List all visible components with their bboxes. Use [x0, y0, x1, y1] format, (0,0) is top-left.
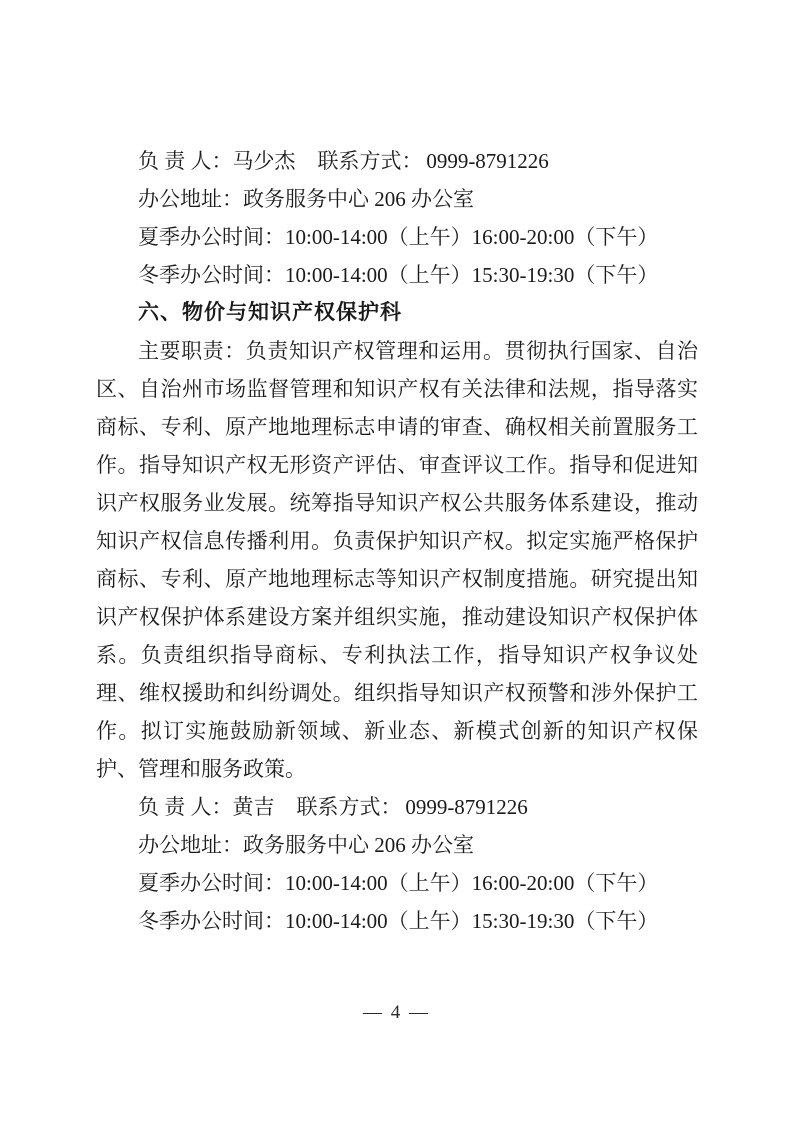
office-address-line: 办公地址：政务服务中心 206 办公室 [96, 826, 698, 864]
responsible-person-label: 负 责 人： [138, 149, 233, 173]
office-address-label: 办公地址： [138, 187, 243, 211]
phone-number: 0999-8791226 [426, 149, 549, 173]
summer-hours-label: 夏季办公时间： [138, 225, 285, 249]
office-address-label: 办公地址： [138, 833, 243, 857]
winter-hours-value: 10:00-14:00（上午）15:30-19:30（下午） [285, 909, 658, 933]
responsible-person-line: 负 责 人：黄吉联系方式：0999-8791226 [96, 788, 698, 826]
winter-hours-line: 冬季办公时间：10:00-14:00（上午）15:30-19:30（下午） [96, 256, 698, 294]
summer-hours-value: 10:00-14:00（上午）16:00-20:00（下午） [285, 871, 658, 895]
contact-method-label: 联系方式： [318, 149, 423, 173]
office-address-line: 办公地址：政务服务中心 206 办公室 [96, 180, 698, 218]
winter-hours-label: 冬季办公时间： [138, 909, 285, 933]
contact-block-section-six: 负 责 人：黄吉联系方式：0999-8791226 办公地址：政务服务中心 20… [96, 788, 698, 940]
summer-hours-line: 夏季办公时间：10:00-14:00（上午）16:00-20:00（下午） [96, 218, 698, 256]
contact-block-previous-section: 负 责 人：马少杰联系方式：0999-8791226 办公地址：政务服务中心 2… [96, 142, 698, 294]
document-page: 负 责 人：马少杰联系方式：0999-8791226 办公地址：政务服务中心 2… [0, 0, 793, 1122]
office-address-value: 政务服务中心 206 办公室 [243, 833, 474, 857]
responsible-person-name: 黄吉 [233, 795, 275, 819]
winter-hours-value: 10:00-14:00（上午）15:30-19:30（下午） [285, 263, 658, 287]
winter-hours-label: 冬季办公时间： [138, 263, 285, 287]
document-content: 负 责 人：马少杰联系方式：0999-8791226 办公地址：政务服务中心 2… [96, 142, 698, 940]
summer-hours-label: 夏季办公时间： [138, 871, 285, 895]
responsible-person-name: 马少杰 [233, 149, 296, 173]
winter-hours-line: 冬季办公时间：10:00-14:00（上午）15:30-19:30（下午） [96, 902, 698, 940]
contact-method-label: 联系方式： [297, 795, 402, 819]
responsible-person-label: 负 责 人： [138, 795, 233, 819]
office-address-value: 政务服务中心 206 办公室 [243, 187, 474, 211]
responsible-person-line: 负 责 人：马少杰联系方式：0999-8791226 [96, 142, 698, 180]
section-six-heading: 六、物价与知识产权保护科 [96, 294, 698, 332]
section-six-duties-paragraph: 主要职责：负责知识产权管理和运用。贯彻执行国家、自治区、自治州市场监督管理和知识… [96, 332, 698, 788]
page-number: — 4 — [0, 999, 793, 1027]
summer-hours-value: 10:00-14:00（上午）16:00-20:00（下午） [285, 225, 658, 249]
phone-number: 0999-8791226 [405, 795, 528, 819]
summer-hours-line: 夏季办公时间：10:00-14:00（上午）16:00-20:00（下午） [96, 864, 698, 902]
